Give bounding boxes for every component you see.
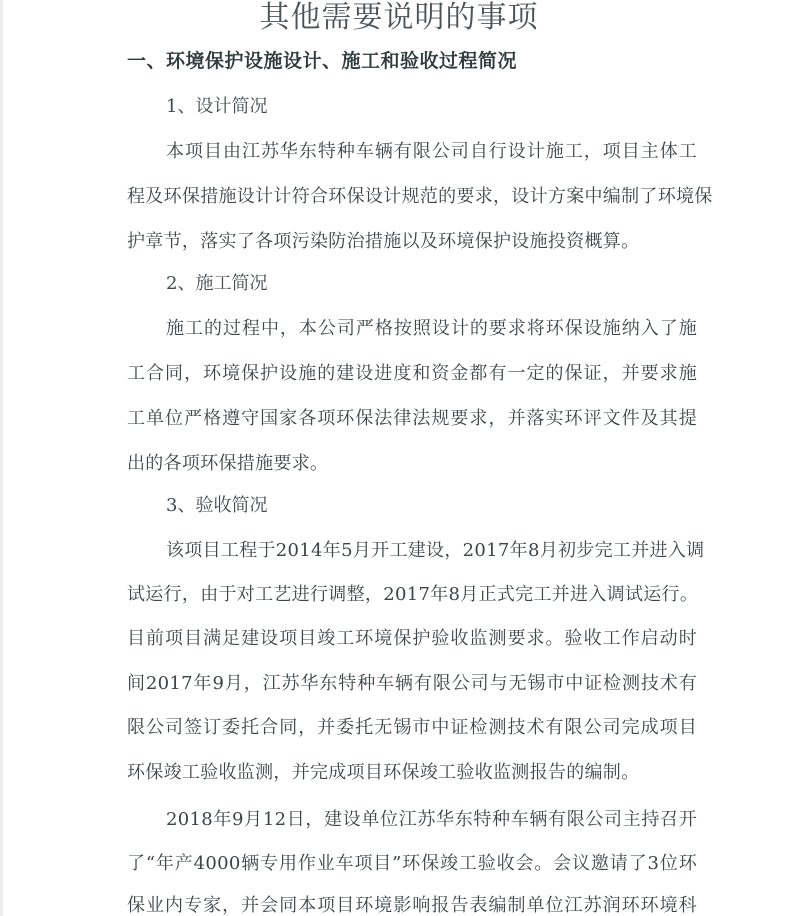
paragraph-line: 施工的过程中，本公司严格按照设计的要求将环保设施纳入了施: [166, 316, 697, 342]
paragraph-line: 试运行，由于对工艺进行调整，2017年8月正式完工并进入调试运行。: [127, 582, 697, 608]
page-title: 其他需要说明的事项: [3, 0, 792, 36]
subsection-heading-design: 1、设计简况: [166, 94, 267, 120]
paragraph-line: 程及环保措施设计计符合环保设计规范的要求，设计方案中编制了环境保: [127, 184, 697, 210]
paragraph-line: 该项目工程于2014年5月开工建设，2017年8月初步完工并进入调: [166, 538, 697, 564]
section-heading: 一、环境保护设施设计、施工和验收过程简况: [127, 48, 517, 74]
paragraph-line: 护章节，落实了各项污染防治措施以及环境保护设施投资概算。: [127, 229, 697, 255]
paragraph-line: 间2017年9月，江苏华东特种车辆有限公司与无锡市中证检测技术有: [127, 671, 697, 697]
paragraph-line: 保业内专家，并会同本项目环境影响报告表编制单位江苏润环环境科: [127, 893, 697, 916]
paragraph-line: 目前项目满足建设项目竣工环境保护验收监测要求。验收工作启动时: [127, 626, 697, 652]
paragraph-line: 2018年9月12日，建设单位江苏华东特种车辆有限公司主持召开: [166, 807, 697, 833]
paragraph-line: 了“年产4000辆专用作业车项目”环保竣工验收会。会议邀请了3位环: [127, 851, 697, 877]
paragraph-line: 限公司签订委托合同，并委托无锡市中证检测技术有限公司完成项目: [127, 715, 697, 741]
paragraph-line: 出的各项环保措施要求。: [127, 451, 697, 477]
subsection-heading-construction: 2、施工简况: [166, 271, 267, 297]
document-page: 其他需要说明的事项 一、环境保护设施设计、施工和验收过程简况 1、设计简况 本项…: [0, 0, 792, 916]
paragraph-line: 工单位严格遵守国家各项环保法律法规要求，并落实环评文件及其提: [127, 406, 697, 432]
subsection-heading-acceptance: 3、验收简况: [166, 493, 267, 519]
paragraph-line: 本项目由江苏华东特种车辆有限公司自行设计施工，项目主体工: [166, 139, 697, 165]
paragraph-line: 环保竣工验收监测，并完成项目环保竣工验收监测报告的编制。: [127, 760, 697, 786]
paragraph-line: 工合同，环境保护设施的建设进度和资金都有一定的保证，并要求施: [127, 361, 697, 387]
